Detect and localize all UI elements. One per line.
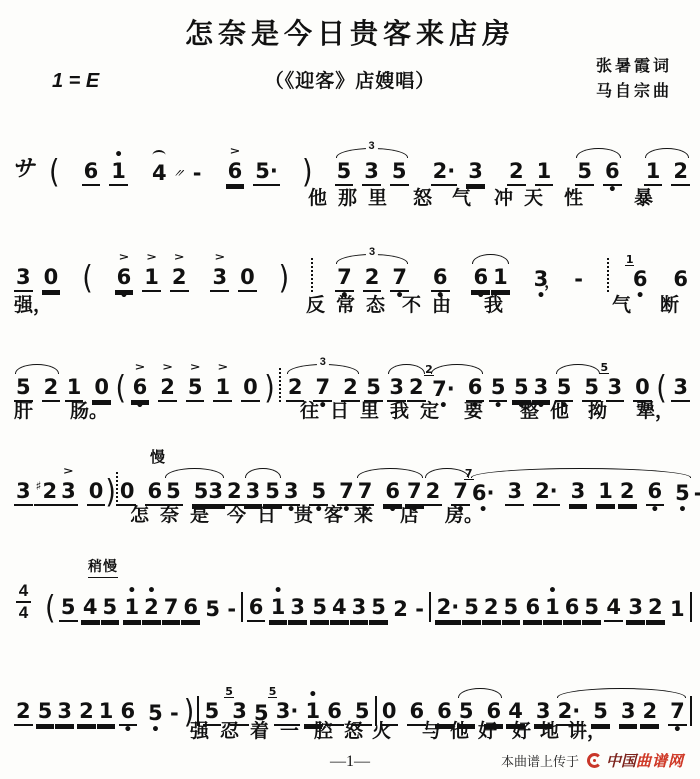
note-token: 3 (55, 700, 74, 726)
measure-row: (61•4〃-6>5·)35352·32156•12 (49, 159, 690, 186)
note-value: 5 (101, 596, 120, 622)
accent-mark: > (63, 467, 74, 477)
note-token: 2 (77, 700, 96, 726)
octave-dot-below: • (120, 289, 129, 303)
note-group: ( (82, 265, 93, 292)
note-token: 6• (471, 266, 490, 292)
note-value: 4 (604, 596, 623, 622)
note-group: 5 (203, 598, 222, 622)
accent-mark: > (190, 363, 201, 373)
note-token: 1> (213, 376, 232, 402)
note-value: 3 (55, 700, 74, 726)
note-value: 2 (482, 596, 501, 622)
footer-watermark: 本曲谱上传于 中国 曲谱网 (501, 750, 684, 771)
note-value: ( (45, 592, 56, 624)
lyric-syllable: 反 (306, 290, 325, 317)
note-group: 5• (489, 376, 508, 402)
note-token: 6• (119, 700, 138, 726)
note-group: 1•3 (269, 596, 307, 622)
lyric-syllable: 一 (280, 716, 299, 743)
note-group: ) (302, 159, 313, 186)
site-name-bold: 中国 (606, 750, 636, 771)
lyric-syllable: 怒 (413, 183, 432, 210)
lyric-syllable: 气 (452, 183, 471, 210)
octave-dot-below: • (135, 399, 144, 413)
note-value: 5 (203, 598, 222, 622)
parenthesis: ( (116, 375, 127, 402)
note-group: 53 (36, 700, 74, 726)
note-group: ( (116, 375, 127, 402)
note-value: 3 (505, 480, 524, 506)
lyric-syllable: 怒 (344, 716, 363, 743)
note-token: 2• (142, 596, 161, 622)
note-value: 4 (81, 596, 100, 622)
lyric-syllable: 性 (564, 183, 583, 210)
note-value: 3 (14, 266, 33, 292)
note-group: 3 (671, 376, 690, 402)
lyric-syllable: 里 (368, 183, 387, 210)
note-token: 3 (505, 480, 524, 506)
note-group (607, 258, 609, 292)
note-value: 6 (247, 596, 266, 622)
note-token: 3 (350, 596, 369, 622)
lyric-syllable: 奈 (160, 500, 179, 527)
note-token: 5> (186, 376, 205, 402)
note-token: 7• (668, 700, 687, 726)
note-value: 1 (491, 266, 510, 292)
octave-dot-below: • (636, 289, 645, 303)
note-value: 0 (87, 480, 106, 506)
note-token: - (572, 268, 585, 292)
note-token: 3 (626, 596, 645, 622)
lyric-syllable: 里 (360, 396, 379, 423)
note-value: 3 (619, 700, 638, 726)
note-token: 0 (241, 376, 260, 402)
note-value: 5 (502, 596, 521, 622)
note-group: - (413, 598, 426, 622)
note-token: 5 (462, 596, 481, 622)
breath-mark: ， (544, 275, 559, 290)
upload-text: 本曲谱上传于 (501, 751, 579, 770)
note-value: 2 (14, 700, 33, 726)
note-token: 6•1 (631, 268, 650, 292)
note-token: 3 (671, 376, 690, 402)
lyric-syllable: 要 (464, 396, 483, 423)
note-token: 3 (569, 480, 588, 506)
note-value: - (191, 162, 204, 186)
lyric-syllable: 忍 (220, 716, 239, 743)
lyric-syllable: 日 (257, 500, 276, 527)
note-value: 6 (226, 160, 245, 186)
lyric-syllable: 我 (390, 396, 409, 423)
note-group: 3>0 (210, 266, 256, 292)
note-value: 0 (241, 376, 260, 402)
note-value: ) (264, 372, 275, 404)
note-value: 5 (310, 596, 329, 622)
octave-dot-below: • (123, 723, 132, 737)
octave-dot-below: • (318, 399, 327, 413)
note-group: - (225, 598, 238, 622)
note-group: 4 (604, 596, 623, 622)
note-token: 4 (81, 596, 100, 622)
note-token: 1 (97, 700, 116, 726)
octave-dot-below: • (494, 399, 503, 413)
lyric-syllable: 强 (190, 716, 209, 743)
note-token: 5 (582, 596, 601, 622)
music-line: サ(61•4〃-6>5·)35352·32156•12 (14, 146, 690, 186)
lyric-syllable: 肠。 (70, 396, 108, 423)
lyric-syllable: 态 (366, 290, 385, 317)
note-token: 0 (87, 480, 106, 506)
note-group (279, 368, 281, 402)
note-group: 30 (14, 266, 60, 292)
barline (690, 592, 692, 622)
note-token: 2> (158, 376, 177, 402)
note-group: - (191, 162, 204, 186)
note-token: 3•， (532, 268, 551, 292)
note-token: 5 (369, 596, 388, 622)
note-group: ( (49, 159, 60, 186)
note-value: 5 (59, 596, 78, 622)
note-token: 2 (671, 160, 690, 186)
lyric-syllable: 由 (432, 290, 451, 317)
note-token: 1• (109, 160, 128, 186)
octave-dot-above: • (548, 587, 557, 595)
lyric-syllable: 贵 (294, 500, 313, 527)
note-value: 1 (123, 596, 142, 622)
note-token: 5 (310, 596, 329, 622)
note-group: 5435 (310, 596, 388, 622)
note-token: 4 (604, 596, 623, 622)
note-token: 0 (42, 266, 61, 292)
note-value: 2 (424, 480, 443, 506)
lyric-syllable: 日 (330, 396, 349, 423)
note-group: 1•2•76 (123, 596, 201, 622)
parenthesis: ) (105, 479, 116, 506)
lyric-syllable: 强， (14, 290, 52, 317)
note-value: 2 (142, 596, 161, 622)
octave-dot-above: • (127, 587, 136, 595)
note-token: 6 (671, 268, 690, 292)
note-value: 5 (186, 376, 205, 402)
note-value: 0 (42, 266, 61, 292)
note-value: ( (49, 156, 60, 188)
note-token: 4〃 (150, 162, 169, 186)
triplet-number: 3 (317, 356, 329, 368)
note-token: 6 (247, 596, 266, 622)
note-token: 1• (123, 596, 142, 622)
note-value: 1 (543, 596, 562, 622)
slur-group: 6·•732·3126•5• (470, 480, 692, 506)
note-group: 6•1 (631, 268, 650, 292)
page-title: 怎奈是今日贵客来店房 (0, 12, 700, 52)
note-value: 2· (533, 480, 560, 506)
note-token: 3> (59, 480, 78, 506)
note-token: 2> (170, 266, 189, 292)
parenthesis: ) (302, 159, 313, 186)
note-value: 2 (158, 376, 177, 402)
lyric-syllable: 整 (520, 396, 539, 423)
tempo-marking: 慢 (150, 446, 166, 467)
note-group: 6•>1>2> (115, 266, 189, 292)
note-token: - (168, 702, 181, 726)
note-token: 6• (603, 160, 622, 186)
slur-group: 6•1 (471, 266, 509, 292)
note-token: 6 (181, 596, 200, 622)
lyric-syllable: 那 (338, 183, 357, 210)
accent-mark: > (119, 253, 130, 263)
note-token: 6• (646, 480, 665, 506)
note-group: 6•5• (119, 700, 165, 726)
octave-dot-below: • (151, 723, 160, 737)
note-token: 35 (606, 376, 625, 402)
note-group (311, 258, 313, 292)
note-value: 5· (253, 160, 280, 186)
note-group: 5 (59, 596, 78, 622)
parenthesis: ) (264, 375, 275, 402)
note-value: 1 (596, 480, 615, 506)
note-group (241, 592, 243, 622)
note-group: ( (45, 595, 56, 622)
lyric-syllable: 冲 (494, 183, 513, 210)
note-value: 3 (14, 480, 33, 506)
fermata-mark (153, 150, 166, 160)
note-value: - (225, 598, 238, 622)
note-value: 5 (390, 160, 409, 186)
note-value: 0 (238, 266, 257, 292)
music-line: 30(6•>1>2>3>0)37•27•6•6•13•，-6•16 (14, 252, 690, 292)
octave-dot-below: • (608, 183, 617, 197)
tempo-marking: 稍慢 (88, 556, 118, 578)
note-token: 2· (435, 596, 462, 622)
note-token: 3> (210, 266, 229, 292)
note-token: 5 (101, 596, 120, 622)
note-token: 5· (253, 160, 280, 186)
note-value: 3 (569, 480, 588, 506)
note-token: - (413, 598, 426, 622)
octave-dot-below: • (314, 503, 323, 517)
lyric-syllable: 好 (478, 716, 497, 743)
note-group: 6 (247, 596, 266, 622)
note-group: 6>5· (226, 160, 280, 186)
note-token: 0 (238, 266, 257, 292)
note-token: 1• (269, 596, 288, 622)
note-token: 2 (640, 700, 659, 726)
note-value: ( (82, 262, 93, 294)
note-value: 2 (77, 700, 96, 726)
note-group: 21 (77, 700, 115, 726)
lyric-syllable: 着 (250, 716, 269, 743)
lyric-syllable: 拗 (588, 396, 607, 423)
note-value: ) (279, 262, 290, 294)
note-value: 1 (668, 598, 687, 622)
lyric-syllable: 是 (190, 500, 209, 527)
lyric-syllable: 我 (484, 290, 503, 317)
lyric-syllable: 客 (324, 500, 343, 527)
time-signature: 44 (16, 582, 31, 622)
lyric-syllable: 暴 (634, 183, 653, 210)
measure-row: (5451•2•765-61•354352-2·52561•654321 (45, 592, 692, 622)
note-token: 3 (14, 266, 33, 292)
dashed-barline (311, 258, 313, 292)
site-logo-icon (587, 753, 602, 768)
grace-note: 7 (464, 468, 474, 480)
lyric-syllable: 常 (336, 290, 355, 317)
note-group: - (692, 482, 700, 506)
note-value: 5 (36, 700, 55, 726)
note-group: 2 (14, 700, 33, 726)
note-group (690, 696, 692, 726)
note-group: 61•65 (523, 596, 601, 622)
accent-mark: > (134, 363, 145, 373)
octave-dot-above: • (114, 151, 123, 159)
lyric-syllable: 讲， (568, 716, 606, 743)
credits: 张暑霞词 马自宗曲 (596, 55, 672, 105)
triplet-number: 3 (366, 246, 378, 258)
octave-dot-below: • (673, 723, 682, 737)
lyric-syllable: 犟， (636, 396, 674, 423)
measure-row: 30(6•>1>2>3>0)37•27•6•6•13•，-6•16 (14, 258, 690, 292)
note-group: 1 (668, 598, 687, 622)
note-token: 4 (330, 596, 349, 622)
note-value: 1 (109, 160, 128, 186)
lyric-syllable: 地 (540, 716, 559, 743)
note-token: 5• (489, 376, 508, 402)
note-token: 2 (618, 480, 637, 506)
time-signature-numerator: 4 (19, 582, 28, 600)
note-group: ) (279, 265, 290, 292)
note-value: - (692, 482, 700, 506)
lyric-syllable: 气 (612, 290, 631, 317)
note-token: - (692, 482, 700, 506)
note-token: 3 (14, 480, 33, 506)
note-value: 1 (213, 376, 232, 402)
lyric-syllable: 好 (512, 716, 531, 743)
accent-mark: > (162, 363, 173, 373)
parenthesis: ( (49, 159, 60, 186)
note-token: 6> (226, 160, 245, 186)
barline (429, 592, 431, 622)
lyric-syllable: 今 (227, 500, 246, 527)
lyric-syllable: 不 (402, 290, 421, 317)
note-group: 45 (81, 596, 119, 622)
dashed-barline (279, 368, 281, 402)
lyric-syllable: 房。 (445, 500, 483, 527)
dashed-barline (607, 258, 609, 292)
note-token: 5 (203, 598, 222, 622)
octave-dot-below: • (678, 503, 687, 517)
note-value: 3 (606, 376, 625, 402)
note-token: 1 (491, 266, 510, 292)
note-value: 3 (288, 596, 307, 622)
note-token: 6•> (131, 376, 150, 402)
lyric-syllable: 定 (420, 396, 439, 423)
note-token: 5 (502, 596, 521, 622)
note-token: 1 (596, 480, 615, 506)
lyric-syllable: 店 (400, 500, 419, 527)
lyric-syllable: 腔 (314, 716, 333, 743)
note-token: 1> (142, 266, 161, 292)
note-value: ) (105, 476, 116, 508)
note-token: 2 (646, 596, 665, 622)
grace-note: 1 (625, 254, 635, 266)
slur-group: 37•27• (335, 266, 409, 292)
note-value: 2 (391, 598, 410, 622)
note-group: 6• (431, 266, 450, 292)
note-value: 7 (162, 596, 181, 622)
site-name-rest: 曲谱网 (636, 750, 684, 771)
note-token: 7• (335, 266, 354, 292)
barline (241, 592, 243, 622)
lyric-syllable: 往 (300, 396, 319, 423)
octave-dot-below: • (439, 399, 448, 413)
note-value: 5 (582, 596, 601, 622)
lyric-syllable: 肝 (14, 396, 33, 423)
note-token: 5 (390, 160, 409, 186)
parenthesis: ( (82, 265, 93, 292)
note-token: 7• (390, 266, 409, 292)
note-token: 6•> (115, 266, 134, 292)
note-value: 2 (618, 480, 637, 506)
sheet-music-page: 怎奈是今日贵客来店房 1 = E （《迎客》店嫂唱） 张暑霞词 马自宗曲 サ(6… (0, 0, 700, 779)
note-value: 2 (646, 596, 665, 622)
grace-note: 5 (224, 686, 234, 698)
note-token: 3 (619, 700, 638, 726)
lyric-syllable: 他 (308, 183, 327, 210)
note-value: 4 (330, 596, 349, 622)
note-token: 1• (543, 596, 562, 622)
octave-dot-above: • (274, 587, 283, 595)
tremolo-mark: 〃 (171, 168, 186, 179)
note-group: ) (105, 479, 116, 506)
grace-note: 2 (424, 364, 434, 376)
note-group: - (572, 268, 585, 292)
barline (690, 696, 692, 726)
composer-credit: 马自宗曲 (596, 80, 672, 105)
music-line: 3♯23>0)065532353•5•7•7•6•7•27•6·•732·312… (14, 466, 692, 506)
note-value: 1 (269, 596, 288, 622)
note-value: 5 (462, 596, 481, 622)
time-signature-denominator: 4 (19, 604, 28, 622)
note-value: 2 (363, 266, 382, 292)
note-value: 1 (97, 700, 116, 726)
note-token: 6 (523, 596, 542, 622)
note-token: 1 (668, 598, 687, 622)
octave-dot-below: • (342, 503, 351, 517)
accent-mark: > (214, 253, 225, 263)
note-value: 2 (170, 266, 189, 292)
note-group: 32 (626, 596, 664, 622)
note-group: 6•>2>5>1>0 (131, 376, 260, 402)
note-value: 3 (350, 596, 369, 622)
note-value: 2· (435, 596, 462, 622)
grace-note: 5 (600, 362, 610, 374)
note-group: ) (264, 375, 275, 402)
lyricist-credit: 张暑霞词 (596, 55, 672, 80)
note-value: - (572, 268, 585, 292)
octave-dot-above: • (147, 587, 156, 595)
sharp-sign: ♯ (36, 479, 42, 493)
note-group: 4〃 (150, 162, 169, 186)
note-token: 2 (363, 266, 382, 292)
lyric-syllable: 他 (550, 396, 569, 423)
note-token: 5 (59, 596, 78, 622)
note-token: 5• (146, 702, 165, 726)
note-value: ♯2 (34, 479, 59, 506)
parenthesis: ) (279, 265, 290, 292)
note-value: 3 (671, 376, 690, 402)
note-token: ♯2 (34, 479, 59, 506)
